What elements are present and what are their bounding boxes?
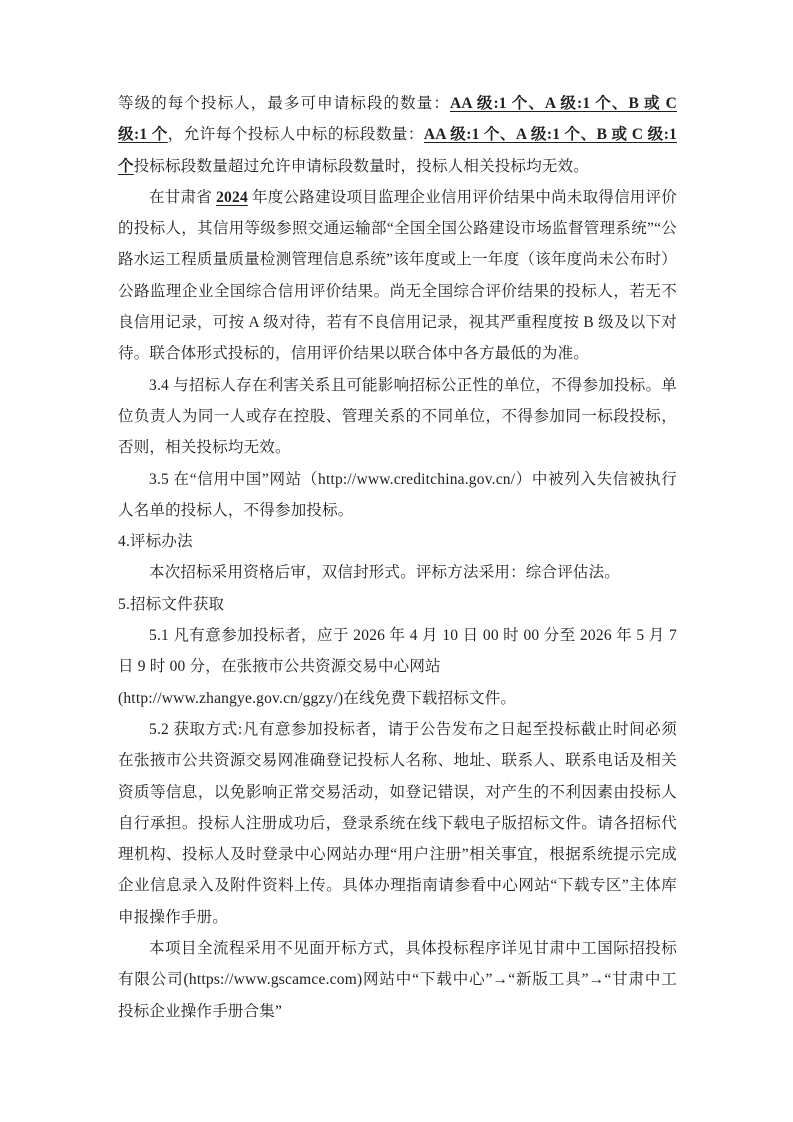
text-run: 3.4 与招标人存在利害关系且可能影响招标公正性的单位，不得参加投标。单位负责人… — [118, 377, 677, 457]
document-body: 等级的每个投标人，最多可申请标段的数量：AA 级:1 个、A 级:1 个、B 或… — [118, 88, 677, 1027]
paragraph: 5.2 获取方式:凡有意参加投标者，请于公告发布之日起至投标截止时间必须在张掖市… — [118, 714, 677, 933]
paragraph: 3.5 在“信用中国”网站（http://www.creditchina.gov… — [118, 464, 677, 527]
paragraph: 在甘肃省 2024 年度公路建设项目监理企业信用评价结果中尚未取得信用评价的投标… — [118, 182, 677, 370]
text-run: 年度公路建设项目监理企业信用评价结果中尚未取得信用评价的投标人，其信用等级参照交… — [118, 189, 677, 362]
document-page: 等级的每个投标人，最多可申请标段的数量：AA 级:1 个、A 级:1 个、B 或… — [0, 0, 793, 1122]
text-run: 投标标段数量超过允许申请标段数量时，投标人相关投标均无效。 — [134, 158, 589, 175]
text-run: 3.5 在“信用中国”网站（http://www.creditchina.gov… — [118, 471, 677, 519]
text-run: 5.招标文件获取 — [118, 596, 224, 613]
paragraph: 3.4 与招标人存在利害关系且可能影响招标公正性的单位，不得参加投标。单位负责人… — [118, 370, 677, 464]
section-heading: 5.招标文件获取 — [118, 589, 677, 620]
text-run: 等级的每个投标人，最多可申请标段的数量： — [118, 95, 450, 112]
text-run: 5.1 凡有意参加投标者，应于 2026 年 4 月 10 日 00 时 00 … — [118, 627, 677, 675]
text-run: (http://www.zhangye.gov.cn/ggzy/)在线免费下载招… — [118, 690, 516, 707]
paragraph: 本项目全流程采用不见面开标方式，具体投标程序详见甘肃中工国际招投标有限公司(ht… — [118, 933, 677, 1027]
paragraph: 本次招标采用资格后审，双信封形式。评标方法采用：综合评估法。 — [118, 557, 677, 588]
text-run: ，允许每个投标人中标的标段数量： — [168, 126, 424, 143]
text-run: 4.评标办法 — [118, 533, 193, 550]
emphasis-text: 2024 — [216, 189, 248, 206]
text-run: 本项目全流程采用不见面开标方式，具体投标程序详见甘肃中工国际招投标有限公司(ht… — [118, 940, 677, 1020]
paragraph: 等级的每个投标人，最多可申请标段的数量：AA 级:1 个、A 级:1 个、B 或… — [118, 88, 677, 182]
text-run: 5.2 获取方式:凡有意参加投标者，请于公告发布之日起至投标截止时间必须在张掖市… — [118, 721, 677, 926]
text-run: 在甘肃省 — [149, 189, 216, 206]
paragraph: 5.1 凡有意参加投标者，应于 2026 年 4 月 10 日 00 时 00 … — [118, 620, 677, 714]
text-run: 本次招标采用资格后审，双信封形式。评标方法采用：综合评估法。 — [149, 564, 620, 581]
section-heading: 4.评标办法 — [118, 526, 677, 557]
